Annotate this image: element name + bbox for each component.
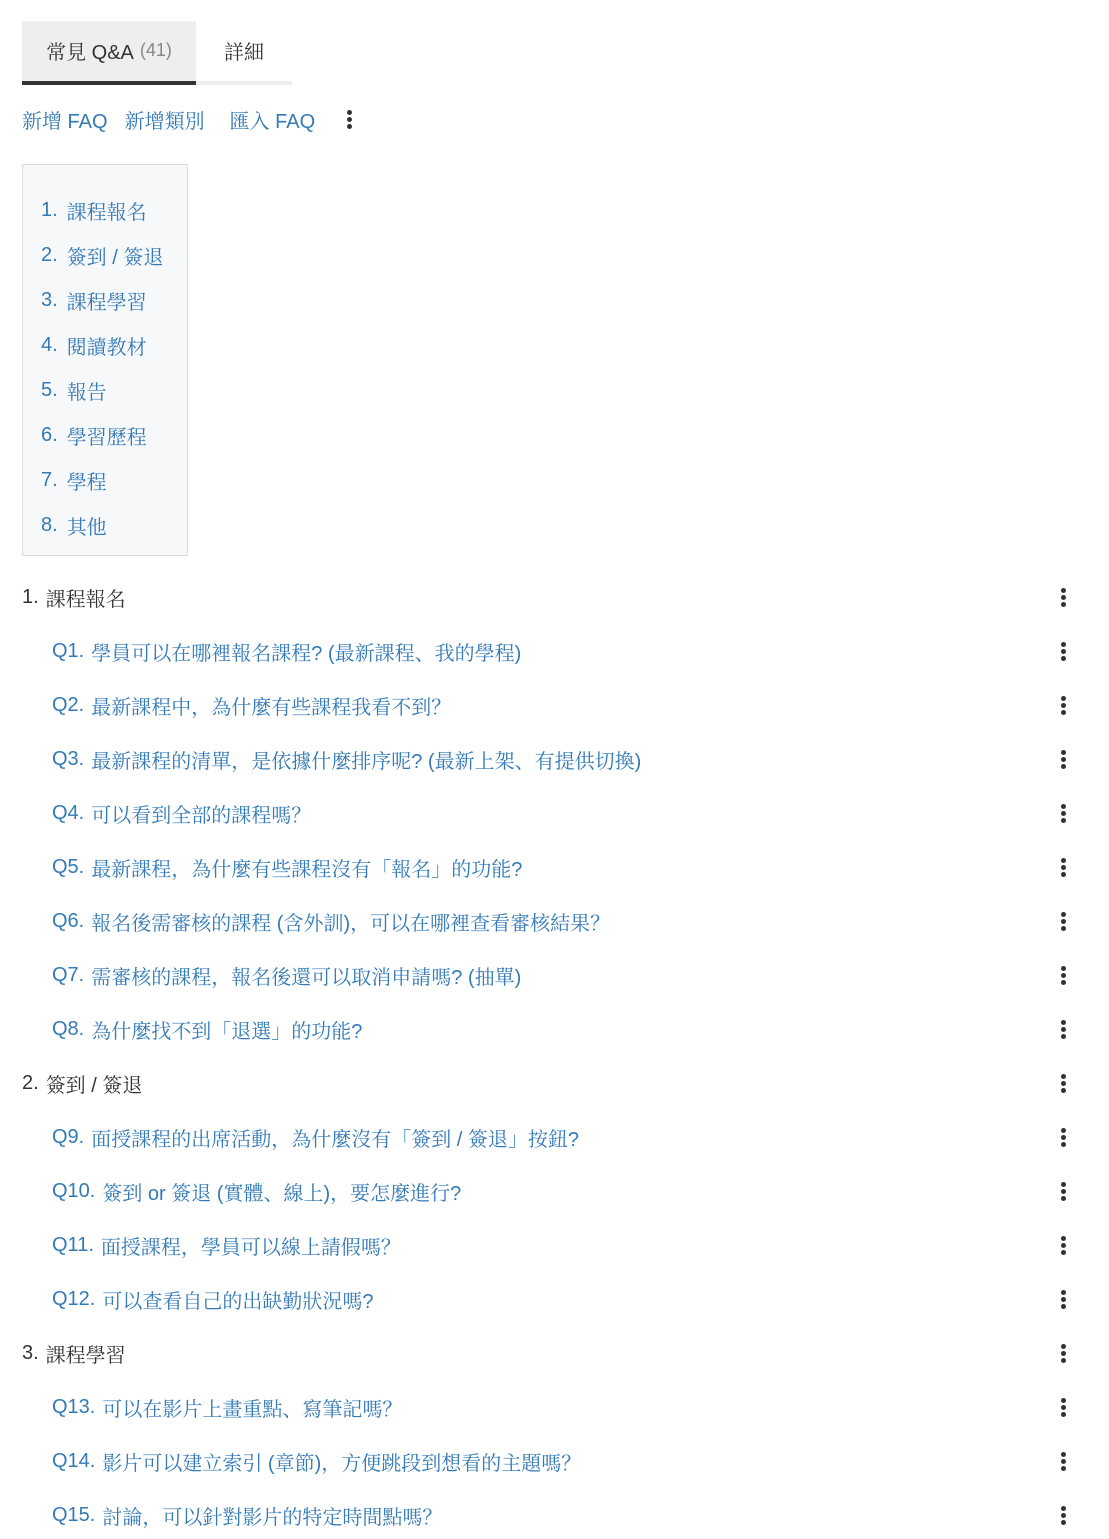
- toc-num: 1.: [41, 199, 58, 222]
- question-more-icon[interactable]: [1059, 912, 1067, 931]
- tab-details-label: 詳細: [224, 36, 264, 65]
- faq-question[interactable]: Q11.面授課程，學員可以線上請假嗎？: [0, 1218, 1109, 1272]
- toc-item-6[interactable]: 6.學習歷程: [23, 413, 187, 458]
- toc-item-1[interactable]: 1.課程報名: [23, 188, 187, 233]
- tab-bar: 常見 Q&A (41) 詳細: [22, 21, 292, 85]
- category-header: 1.課程報名: [0, 570, 1109, 624]
- question-num: Q4.: [52, 802, 84, 825]
- toc-label: 其他: [67, 511, 107, 540]
- tab-faq-count: (41): [140, 40, 172, 61]
- question-num: Q13.: [52, 1396, 95, 1419]
- category-header: 3.課程學習: [0, 1326, 1109, 1380]
- question-num: Q15.: [52, 1504, 95, 1527]
- question-num: Q9.: [52, 1126, 84, 1149]
- question-text: 討論，可以針對影片的特定時間點嗎？: [102, 1501, 442, 1530]
- question-text: 學員可以在哪裡報名課程? (最新課程、我的學程): [91, 637, 521, 666]
- category-num: 3.: [22, 1342, 39, 1365]
- question-text: 為什麼找不到「退選」的功能?: [91, 1015, 362, 1044]
- toc-num: 8.: [41, 514, 58, 537]
- question-more-icon[interactable]: [1059, 696, 1067, 715]
- faq-question[interactable]: Q4.可以看到全部的課程嗎？: [0, 786, 1109, 840]
- faq-question[interactable]: Q6.報名後需審核的課程 (含外訓)，可以在哪裡查看審核結果？: [0, 894, 1109, 948]
- faq-question[interactable]: Q14.影片可以建立索引 (章節)，方便跳段到想看的主題嗎？: [0, 1434, 1109, 1488]
- faq-question[interactable]: Q1.學員可以在哪裡報名課程? (最新課程、我的學程): [0, 624, 1109, 678]
- question-more-icon[interactable]: [1059, 642, 1067, 661]
- question-text: 最新課程的清單，是依據什麼排序呢? (最新上架、有提供切換): [91, 745, 641, 774]
- toc-item-2[interactable]: 2.簽到 / 簽退: [23, 233, 187, 278]
- faq-question[interactable]: Q9.面授課程的出席活動，為什麼沒有「簽到 / 簽退」按鈕?: [0, 1110, 1109, 1164]
- question-text: 可以看到全部的課程嗎？: [91, 799, 311, 828]
- question-more-icon[interactable]: [1059, 1182, 1067, 1201]
- category-label: 簽到 / 簽退: [46, 1069, 143, 1098]
- faq-question[interactable]: Q5.最新課程，為什麼有些課程沒有「報名」的功能?: [0, 840, 1109, 894]
- tab-faq[interactable]: 常見 Q&A (41): [22, 21, 196, 85]
- question-num: Q3.: [52, 748, 84, 771]
- question-text: 報名後需審核的課程 (含外訓)，可以在哪裡查看審核結果？: [91, 907, 610, 936]
- toolbar: 新增 FAQ 新增類別 匯入 FAQ: [22, 104, 353, 134]
- toc-label: 學習歷程: [67, 421, 147, 450]
- question-more-icon[interactable]: [1059, 1452, 1067, 1471]
- question-num: Q1.: [52, 640, 84, 663]
- question-more-icon[interactable]: [1059, 858, 1067, 877]
- toc-num: 6.: [41, 424, 58, 447]
- add-faq-link[interactable]: 新增 FAQ: [22, 105, 108, 134]
- toc-label: 簽到 / 簽退: [67, 241, 164, 270]
- question-text: 最新課程中，為什麼有些課程我看不到？: [91, 691, 451, 720]
- question-text: 最新課程，為什麼有些課程沒有「報名」的功能?: [91, 853, 522, 882]
- toc-num: 4.: [41, 334, 58, 357]
- question-text: 需審核的課程，報名後還可以取消申請嗎? (抽單): [91, 961, 521, 990]
- question-more-icon[interactable]: [1059, 750, 1067, 769]
- category-more-icon[interactable]: [1059, 1344, 1067, 1363]
- toc-num: 5.: [41, 379, 58, 402]
- category-label: 課程報名: [46, 583, 126, 612]
- toc-num: 2.: [41, 244, 58, 267]
- faq-question[interactable]: Q12.可以查看自己的出缺勤狀況嗎?: [0, 1272, 1109, 1326]
- question-more-icon[interactable]: [1059, 1398, 1067, 1417]
- question-num: Q8.: [52, 1018, 84, 1041]
- question-num: Q10.: [52, 1180, 95, 1203]
- category-num: 2.: [22, 1072, 39, 1095]
- toc-item-7[interactable]: 7.學程: [23, 458, 187, 503]
- add-category-link[interactable]: 新增類別: [125, 105, 205, 134]
- toc-item-4[interactable]: 4.閱讀教材: [23, 323, 187, 368]
- question-more-icon[interactable]: [1059, 804, 1067, 823]
- faq-question[interactable]: Q2.最新課程中，為什麼有些課程我看不到？: [0, 678, 1109, 732]
- question-text: 可以查看自己的出缺勤狀況嗎?: [102, 1285, 373, 1314]
- toc-label: 課程報名: [67, 196, 147, 225]
- question-num: Q12.: [52, 1288, 95, 1311]
- toc-item-5[interactable]: 5.報告: [23, 368, 187, 413]
- toc-num: 7.: [41, 469, 58, 492]
- toc-item-3[interactable]: 3.課程學習: [23, 278, 187, 323]
- question-num: Q6.: [52, 910, 84, 933]
- toc-label: 閱讀教材: [67, 331, 147, 360]
- question-more-icon[interactable]: [1059, 1506, 1067, 1525]
- question-more-icon[interactable]: [1059, 1128, 1067, 1147]
- toc-label: 報告: [67, 376, 107, 405]
- toolbar-more-icon[interactable]: [345, 110, 353, 129]
- question-num: Q7.: [52, 964, 84, 987]
- toc-num: 3.: [41, 289, 58, 312]
- question-text: 面授課程的出席活動，為什麼沒有「簽到 / 簽退」按鈕?: [91, 1123, 579, 1152]
- category-toc: 1.課程報名 2.簽到 / 簽退 3.課程學習 4.閱讀教材 5.報告 6.學習…: [22, 164, 188, 556]
- category-num: 1.: [22, 586, 39, 609]
- category-more-icon[interactable]: [1059, 1074, 1067, 1093]
- faq-question[interactable]: Q7.需審核的課程，報名後還可以取消申請嗎? (抽單): [0, 948, 1109, 1002]
- question-text: 可以在影片上畫重點、寫筆記嗎？: [102, 1393, 402, 1422]
- question-more-icon[interactable]: [1059, 1236, 1067, 1255]
- tab-details[interactable]: 詳細: [196, 21, 292, 85]
- toc-label: 學程: [67, 466, 107, 495]
- question-num: Q5.: [52, 856, 84, 879]
- category-more-icon[interactable]: [1059, 588, 1067, 607]
- category-label: 課程學習: [46, 1339, 126, 1368]
- question-num: Q14.: [52, 1450, 95, 1473]
- import-faq-link[interactable]: 匯入 FAQ: [230, 105, 316, 134]
- category-header: 2.簽到 / 簽退: [0, 1056, 1109, 1110]
- question-more-icon[interactable]: [1059, 966, 1067, 985]
- faq-question[interactable]: Q8.為什麼找不到「退選」的功能?: [0, 1002, 1109, 1056]
- toc-label: 課程學習: [67, 286, 147, 315]
- toc-item-8[interactable]: 8.其他: [23, 503, 187, 548]
- question-num: Q2.: [52, 694, 84, 717]
- question-more-icon[interactable]: [1059, 1290, 1067, 1309]
- question-text: 面授課程，學員可以線上請假嗎？: [101, 1231, 401, 1260]
- tab-faq-label: 常見 Q&A: [46, 36, 134, 65]
- faq-question[interactable]: Q10.簽到 or 簽退 (實體、線上)，要怎麼進行?: [0, 1164, 1109, 1218]
- faq-question[interactable]: Q13.可以在影片上畫重點、寫筆記嗎？: [0, 1380, 1109, 1434]
- question-text: 影片可以建立索引 (章節)，方便跳段到想看的主題嗎？: [102, 1447, 581, 1476]
- question-num: Q11.: [52, 1234, 94, 1257]
- faq-list: 1.課程報名 Q1.學員可以在哪裡報名課程? (最新課程、我的學程) Q2.最新…: [0, 570, 1109, 1539]
- faq-question[interactable]: Q3.最新課程的清單，是依據什麼排序呢? (最新上架、有提供切換): [0, 732, 1109, 786]
- faq-question[interactable]: Q15.討論，可以針對影片的特定時間點嗎？: [0, 1488, 1109, 1539]
- question-more-icon[interactable]: [1059, 1020, 1067, 1039]
- question-text: 簽到 or 簽退 (實體、線上)，要怎麼進行?: [102, 1177, 461, 1206]
